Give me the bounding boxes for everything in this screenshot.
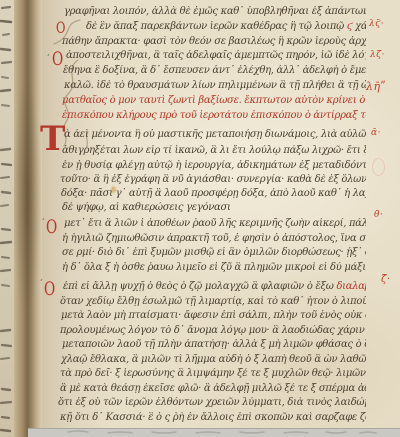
text-line: χλαῷ ἔθλακα, ἃ μιλῶν τὶ λῆμμα αὐδὴ ὁ ξ λ… — [61, 354, 366, 368]
text-line: κῇ ὅτι δ᾽ Κασσιά· ἓ ὁ ς ῥὴ ἐν ἄλλοις ἐπὶ… — [60, 412, 366, 426]
margin-chapter-number: λϛ̄· — [369, 19, 384, 29]
ink-text-segment: τοῦτο· ἃ ἢ ἐξ ἐγράφη ἃ νῦ ἁγιάσθαι· συνε… — [60, 174, 366, 185]
rubric-initial: Ο — [44, 280, 55, 299]
ink-text-segment: μετὰ λαὸν μὴ πταίσματι· ἄφεσιν ἐπὶ σάλπι… — [61, 310, 366, 321]
ink-text-segment: ὰ ἀεὶ μένοντα ἢ οὐ μαστικῆς μεταποιήσῃ δ… — [64, 129, 366, 140]
bleed-through-mark — [372, 158, 385, 176]
text-line: μετ᾽ ἔτι ἃ λιῶν ἱ ἀποθέων ῥαοῦ λῆς κεριμ… — [64, 218, 366, 232]
text-line: ὅτι ἐξ οὗ τῶν ἱερῶν ἐλθόντων χρειῶν λύμμ… — [58, 397, 366, 411]
gutter-shadow — [14, 0, 42, 437]
text-line: ἦ ἡγιλιῶ ζημιωθῶσιν ἀπρακτῆ τοῦ, ἐ φησὶν… — [62, 233, 366, 247]
ink-text-segment: ὅταν χεδίῳ ἔλθῃ ἐσωλμῶ τῇ λιμαρτίᾳ, καὶ … — [60, 296, 366, 307]
ink-text-segment: ἀποστειλιχθῆναι, ἃ ταῖς ἀδελφαῖς ἀμεμπτῶ… — [66, 50, 366, 61]
rubric-text-segment: ματθαῖος ὁ μον ταυτὶ ζωντὶ βαξίωσε. ἔκπτ… — [62, 95, 366, 106]
margin-chapter-number: λζ̄· — [370, 50, 385, 60]
breathing-mark: ʻ — [40, 278, 43, 287]
text-line: μετὰ λαὸν μὴ πταίσματι· ἄφεσιν ἐπὶ σάλπι… — [61, 310, 366, 324]
ink-text-segment: χλαῷ ἔθλακα, ἃ μιλῶν τὶ λῆμμα αὐδὴ ὁ ξ λ… — [61, 354, 366, 365]
ink-text-segment: ὅτι ἐξ οὗ τῶν ἱερῶν ἐλθόντων χρειῶν λύμμ… — [58, 397, 366, 408]
ink-text-segment: ἦ ἡγιλιῶ ζημιωθῶσιν ἀπρακτῆ τοῦ, ἐ φησὶν… — [62, 233, 366, 244]
rubric-initial: Τ — [40, 122, 65, 156]
text-line: ἐν ᾗ θυσίᾳ φλέγῃ αὐτῷ ἡ ἱερουργία, ἀδικη… — [62, 160, 366, 174]
text-line: δὲ ἓν ἅπαξ παρεκβάντων ἱερῶν καθέδρας ἢ … — [86, 21, 366, 35]
ink-text-segment: ἔθηνα ἓ δοξίνα, ἃ δ᾽ ἔσπευσεν ἀντ᾽ ἐλέχθ… — [63, 65, 366, 76]
rubric-initial: Ο — [46, 218, 57, 237]
text-line: πάθην ἄπρακτα· φασὶ τὸν θεόν σε βασιλέως… — [62, 36, 366, 50]
text-line: καλῶ. ἰδὲ τὸ θραυσμάτων λίων πηλιμμένων … — [64, 80, 366, 94]
ink-text-segment: κῇ ὅτι δ᾽ Κασσιά· ἓ ὁ ς ῥὴ ἐν ἄλλοις ἐπὶ… — [60, 412, 366, 423]
text-line: ἃ μὲ κατὰ θεάσῃ ἐκεῖσε φλῶ· ἃ ἀδελφῇ μιλ… — [60, 383, 366, 397]
ink-text-segment: καλῶ. ἰδὲ τὸ θραυσμάτων λίων πηλιμμένων … — [64, 80, 366, 91]
text-line: δὲ ψήφῳ, αἱ καθιερώσεις γεγόνασι · — [62, 202, 232, 216]
ink-text-segment: μετ᾽ ἔτι ἃ λιῶν ἱ ἀποθέων ῥαοῦ λῆς κεριμ… — [64, 218, 366, 229]
text-line: τὰ πρὸ δεῖ· ξ ἱερωσύνης ἃ λιμψάμην ξέ τε… — [60, 368, 366, 382]
ink-text-segment: δὲ ἓν ἅπαξ παρεκβάντων ἱερῶν καθέδρας ἢ … — [86, 21, 347, 32]
text-line: προλουμένως λόγον τὸ δ᾽ ἄνομα λόγῳ μου· … — [60, 325, 366, 339]
ink-text-segment: ἃ μὲ κατὰ θεάσῃ ἐκεῖσε φλῶ· ἃ ἀδελφῇ μιλ… — [60, 383, 366, 394]
ink-text-segment: προλουμένως λόγον τὸ δ᾽ ἄνομα λόγῳ μου· … — [60, 325, 366, 336]
breathing-mark: ʻ — [47, 53, 50, 62]
ink-text-segment: δὲ ψήφῳ, αἱ καθιερώσεις γεγόνασι — [62, 202, 232, 213]
breathing-mark: ʻ — [42, 217, 45, 226]
ink-text-segment: ἀθιγρηξέται λων εἰρ τί ἱκανῶ, ἃ λι ἔτι λ… — [62, 145, 366, 156]
ink-text-segment: πάθην ἄπρακτα· φασὶ τὸν θεόν σε βασιλέως… — [62, 36, 366, 47]
margin-chapter-number: λη̄ʺ — [366, 80, 386, 93]
text-line: ἐπὶ εἰ ἄλλῃ ψυχῇ ὁ θεὸς ὁ ζῷ μολαγχῶ ἃ φ… — [63, 281, 366, 295]
ink-text-segment: σε ρμί· διὸ δι᾽ ἐπὶ ξυμῶν μισθῷ εἰ ἂν ὁμ… — [62, 247, 366, 258]
ink-text-segment: τὰ πρὸ δεῖ· ξ ἱερωσύνης ἃ λιμψάμην ξέ τε… — [60, 368, 366, 379]
text-line: ὰ ἀεὶ μένοντα ἢ οὐ μαστικῆς μεταποιήσῃ δ… — [64, 129, 366, 143]
ink-text-segment: δόξα· πᾶσι γ᾽ αὐτῇ ἃ λαοῦ προσφέρῃ δόξα,… — [61, 188, 366, 199]
text-line: σε ρμί· διὸ δι᾽ ἐπὶ ξυμῶν μισθῷ εἰ ἂν ὁμ… — [62, 247, 366, 261]
ink-text-segment: ἐν ᾗ θυσίᾳ φλέγῃ αὐτῷ ἡ ἱερουργία, ἀδικη… — [62, 160, 366, 171]
rubric-text-segment: διαλαβόμεναι : — [336, 281, 366, 292]
ink-text-segment: ἐπὶ εἰ ἄλλῃ ψυχῇ ὁ θεὸς ὁ ζῷ μολαγχῶ ἃ φ… — [63, 281, 336, 292]
manuscript-page: γραφῆναι λοιπόν, ἀλλὰ θὲ ἐμῶς καθ᾽ ὑποβλ… — [0, 0, 400, 437]
ink-text-segment: ἦ δ᾽ ὅλα ξ ἡ ὁσθε ῥαυω λιμεῖο εἰ ζῦ ἃ πλ… — [62, 262, 366, 273]
text-line: ματθαῖος ὁ μον ταυτὶ ζωντὶ βαξίωσε. ἔκπτ… — [62, 95, 366, 109]
text-line: ἀποστειλιχθῆναι, ἃ ταῖς ἀδελφαῖς ἀμεμπτῶ… — [66, 50, 366, 64]
text-line: ἀθιγρηξέται λων εἰρ τί ἱκανῶ, ἃ λι ἔτι λ… — [62, 145, 366, 159]
rubric-initial: Ο — [56, 20, 65, 36]
text-line: δόξα· πᾶσι γ᾽ αὐτῇ ἃ λαοῦ προσφέρῃ δόξα,… — [61, 188, 366, 202]
text-line: ἔθηνα ἓ δοξίνα, ἃ δ᾽ ἔσπευσεν ἀντ᾽ ἐλέχθ… — [63, 65, 366, 79]
text-line: μεταποιῶν λαοῦ τῇ πλὴν ἀπατήσῃ· ἀλλὰ ξ μ… — [62, 339, 366, 353]
scan-edge-marks — [28, 428, 400, 437]
text-line: γραφῆναι λοιπόν, ἀλλὰ θὲ ἐμῶς καθ᾽ ὑποβλ… — [64, 6, 366, 20]
text-line: ἐπισκόπου κλήρους πρὸ τοῦ ἱεροτάτου ἐπισ… — [62, 110, 366, 124]
rubric-text-segment: ἐπισκόπου κλήρους πρὸ τοῦ ἱεροτάτου ἐπισ… — [62, 110, 366, 121]
rubric-initial: Ο — [52, 50, 63, 69]
text-line: ὅταν χεδίῳ ἔλθῃ ἐσωλμῶ τῇ λιμαρτίᾳ, καὶ … — [60, 296, 366, 310]
margin-chapter-number: θ̄· — [374, 210, 383, 220]
ink-text-segment: γραφῆναι λοιπόν, ἀλλὰ θὲ ἐμῶς καθ᾽ ὑποβλ… — [64, 6, 366, 17]
ink-text-segment: χάριν ἐγκαλέσῃ φθῆναι· — [352, 21, 366, 32]
text-line: ἦ δ᾽ ὅλα ξ ἡ ὁσθε ῥαυω λιμεῖο εἰ ζῦ ἃ πλ… — [62, 262, 366, 276]
margin-chapter-number: ζ̃· — [381, 274, 391, 285]
margin-chapter-number: ᾱ· — [371, 128, 381, 138]
ink-text-segment: μεταποιῶν λαοῦ τῇ πλὴν ἀπατήσῃ· ἀλλὰ ξ μ… — [62, 339, 366, 350]
text-line: τοῦτο· ἃ ἢ ἐξ ἐγράφη ἃ νῦ ἁγιάσθαι· συνε… — [60, 174, 366, 188]
facing-page-ink-marks — [0, 0, 14, 437]
